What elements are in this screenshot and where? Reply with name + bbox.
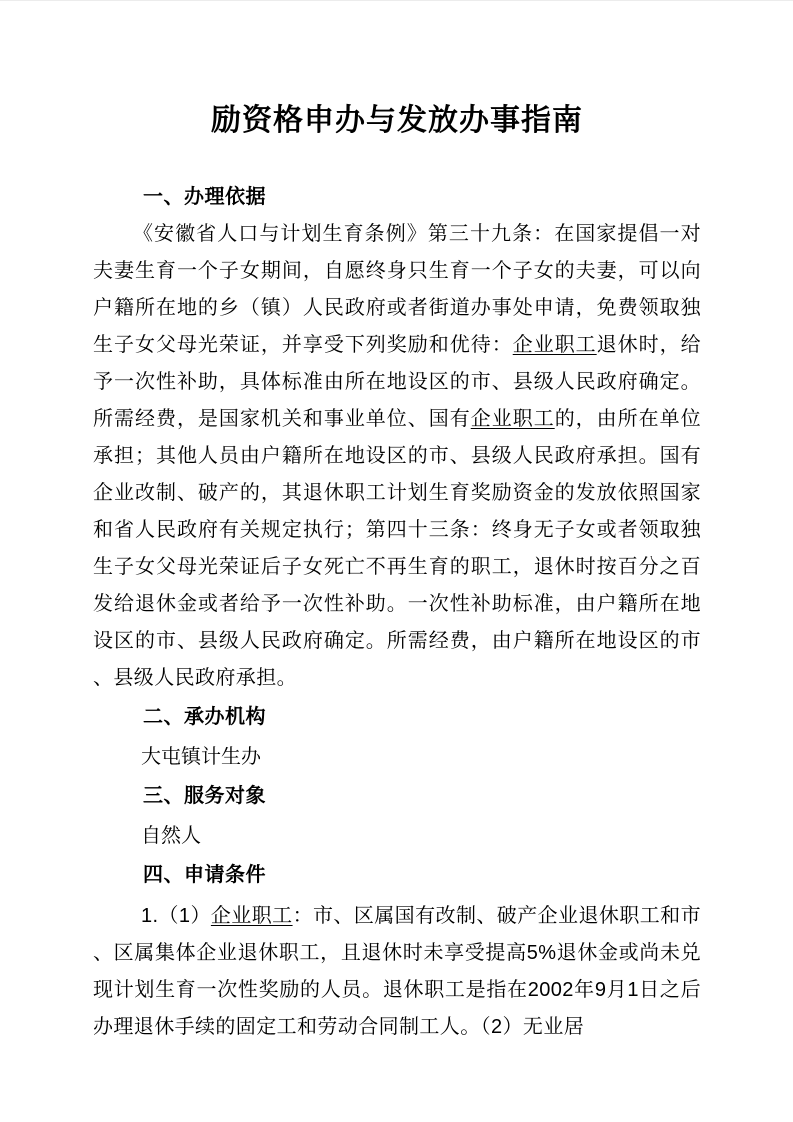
underlined-term: 企业职工 [471,408,555,430]
heading-service-target: 三、服务对象 [93,778,701,815]
paragraph-application-conditions: 1.（1）企业职工：市、区属国有改制、破产企业退休职工和市、区属集体企业退休职工… [93,898,701,1046]
underlined-term: 企业职工 [513,334,597,356]
text-run: 1.（1） [141,905,211,927]
document-title: 励资格申办与发放办事指南 [93,101,701,141]
paragraph-legal-basis: 《安徽省人口与计划生育条例》第三十九条：在国家提倡一对夫妻生育一个子女期间，自愿… [93,216,701,697]
document-page: 励资格申办与发放办事指南 一、办理依据 《安徽省人口与计划生育条例》第三十九条：… [0,0,793,1122]
service-target: 自然人 [93,818,701,855]
heading-agency: 二、承办机构 [93,699,701,736]
text-run: 的，由所在单位承担；其他人员由户籍所在地设区的市、县级人民政府承担。国有企业改制… [93,408,701,689]
agency-name: 大屯镇计生办 [93,739,701,776]
underlined-term: 企业职工 [211,905,293,927]
heading-application-conditions: 四、申请条件 [93,857,701,894]
heading-legal-basis: 一、办理依据 [93,179,701,216]
